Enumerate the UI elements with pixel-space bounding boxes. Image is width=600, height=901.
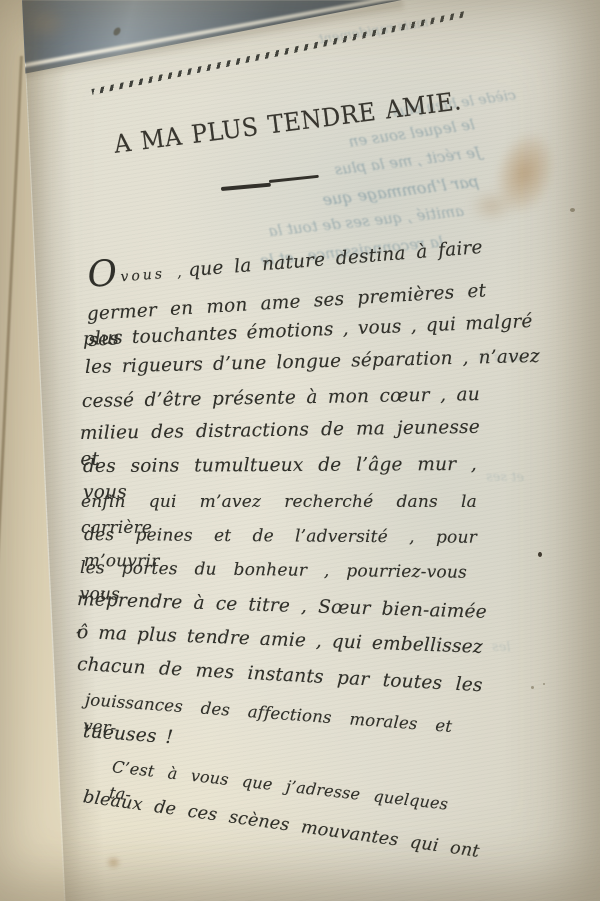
foxing-spot — [106, 856, 121, 869]
foxing-spot — [22, 8, 70, 38]
body-line: des soins tumultueux de l’âge mur , vous — [83, 452, 477, 483]
ink-speck — [531, 686, 534, 689]
dropcap-O: O — [86, 253, 119, 296]
ink-speck — [543, 683, 545, 685]
body-line: enfin qui m’avez recherché dans la carri… — [81, 489, 477, 518]
ink-speck — [538, 552, 542, 557]
dropcap-small-caps: vous , — [120, 264, 185, 285]
foxing-spot — [470, 190, 514, 222]
ghost-line: les — [492, 640, 511, 656]
body-line: les portes du bonheur , pourriez-vous vo… — [80, 555, 467, 589]
body-line: des peines et de l’adversité , pour m’ou… — [84, 522, 477, 554]
book-page-photo: mais rapidement ciède le bien plus le le… — [0, 0, 600, 901]
ghost-line: et ses — [486, 470, 524, 486]
ink-speck — [570, 208, 575, 212]
